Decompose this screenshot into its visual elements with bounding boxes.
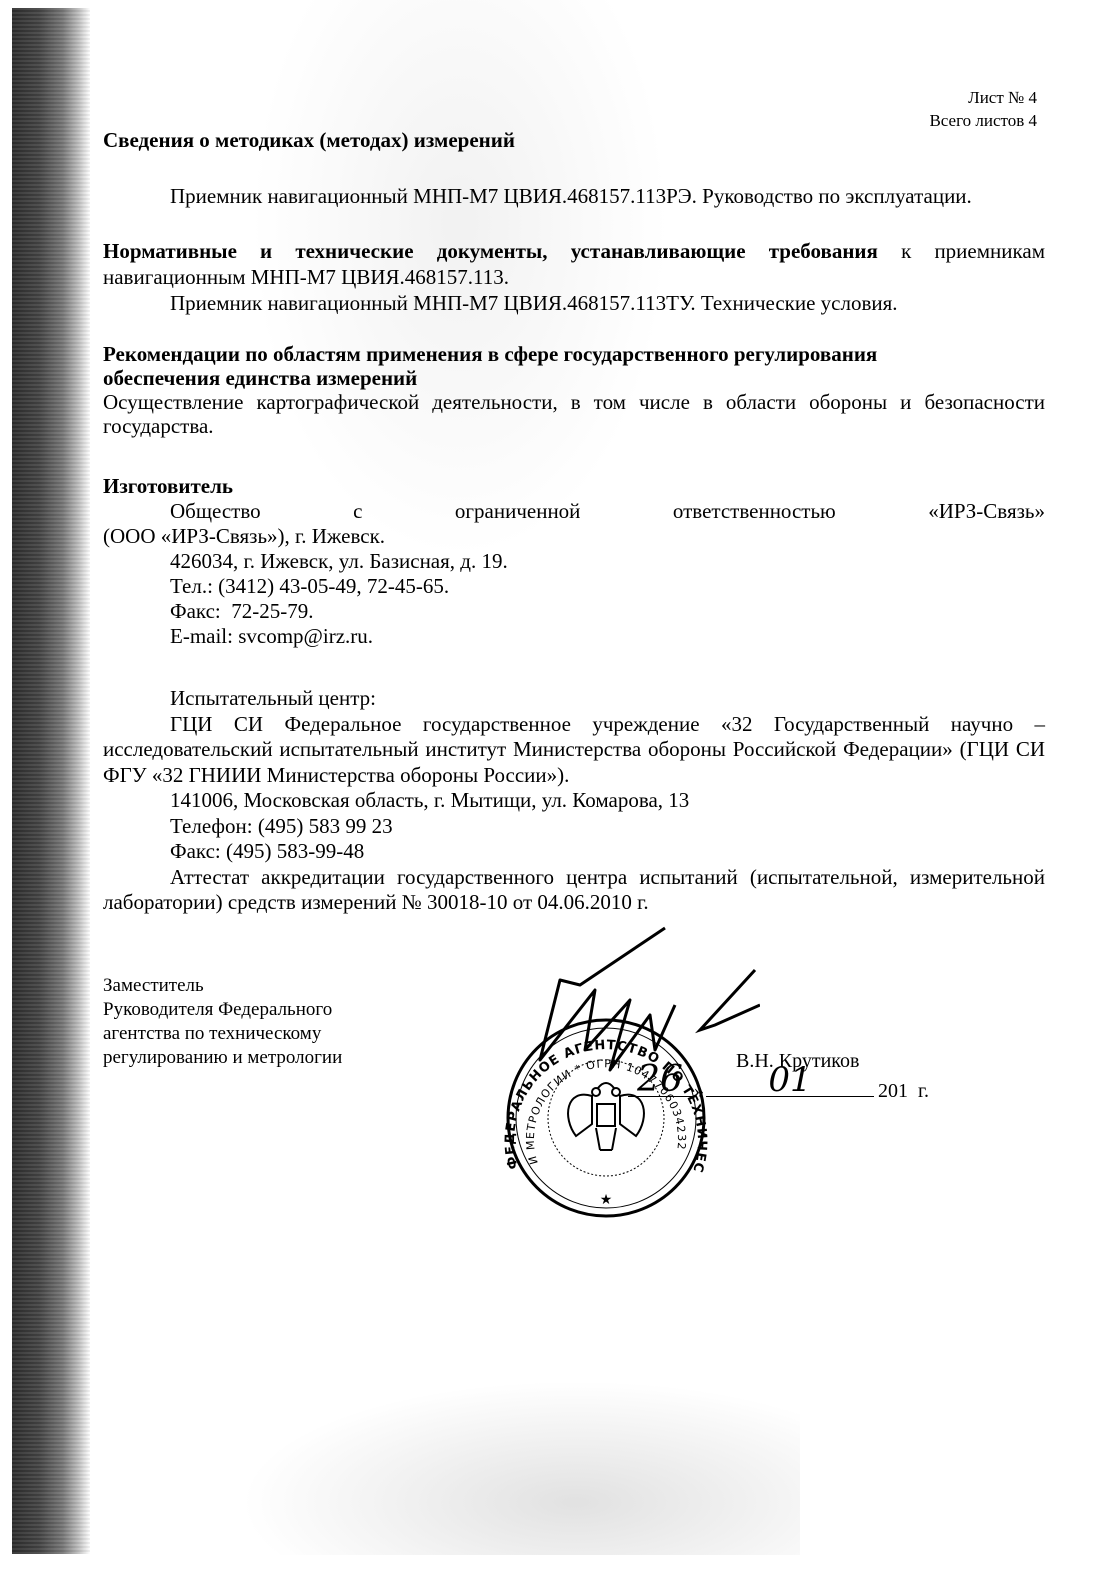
manufacturer-name-line2: (ООО «ИРЗ-Связь»), г. Ижевск.: [103, 524, 1045, 549]
test-center-label: Испытательный центр:: [103, 686, 1045, 712]
test-center-accreditation: Аттестат аккредитации государственного ц…: [103, 865, 1045, 916]
section-normative: Нормативные и технические документы, уст…: [103, 238, 1045, 316]
section-manufacturer: Изготовитель Общество с ограниченной отв…: [103, 474, 1045, 649]
sheet-number: Лист № 4: [929, 86, 1037, 109]
date-month: 01: [706, 1064, 874, 1097]
section-test-center: Испытательный центр: ГЦИ СИ Федеральное …: [103, 686, 1045, 916]
date-day: 26: [628, 1064, 692, 1097]
sheet-info: Лист № 4 Всего листов 4: [929, 86, 1037, 132]
section-recommendations: Рекомендации по областям применения в сф…: [103, 342, 1045, 438]
date-year: 201 г.: [878, 1080, 929, 1103]
signer-position: Заместитель Руководителя Федерального аг…: [103, 974, 342, 1070]
test-center-phone: Телефон: (495) 583 99 23: [103, 814, 1045, 840]
svg-text:★: ★: [600, 1192, 613, 1208]
manufacturer-fax: Факс: 72-25-79.: [103, 599, 1045, 624]
test-center-address: 141006, Московская область, г. Мытищи, у…: [103, 788, 1045, 814]
section-title-methods: Сведения о методиках (методах) измерений: [103, 128, 1045, 153]
recommendations-text: Осуществление картографической деятельно…: [103, 390, 1045, 438]
manufacturer-phone: Тел.: (3412) 43-05-49, 72-45-65.: [103, 574, 1045, 599]
manufacturer-title: Изготовитель: [103, 474, 1045, 499]
recommendations-title-line1: Рекомендации по областям применения в сф…: [103, 342, 1045, 366]
test-center-description: ГЦИ СИ Федеральное государственное учреж…: [103, 712, 1045, 789]
scan-halftone-bottom: [240, 1380, 800, 1555]
section-methods: Сведения о методиках (методах) измерений: [103, 128, 1045, 153]
manufacturer-name-line1: Общество с ограниченной ответственностью…: [103, 499, 1045, 524]
test-center-fax: Факс: (495) 583-99-48: [103, 839, 1045, 865]
methods-text: Приемник навигационный МНП-М7 ЦВИЯ.46815…: [103, 184, 1045, 209]
date-quote: »: [694, 1080, 704, 1103]
manufacturer-email: E-mail: svcomp@irz.ru.: [103, 624, 1045, 649]
recommendations-title-line2: обеспечения единства измерений: [103, 366, 1045, 390]
scan-edge-shadow: [12, 8, 90, 1554]
manufacturer-address: 426034, г. Ижевск, ул. Базисная, д. 19.: [103, 549, 1045, 574]
section-title-normative: Нормативные и технические документы, уст…: [103, 239, 878, 263]
normative-text: Приемник навигационный МНП-М7 ЦВИЯ.46815…: [103, 290, 1045, 316]
methods-text-block: Приемник навигационный МНП-М7 ЦВИЯ.46815…: [103, 184, 1045, 209]
